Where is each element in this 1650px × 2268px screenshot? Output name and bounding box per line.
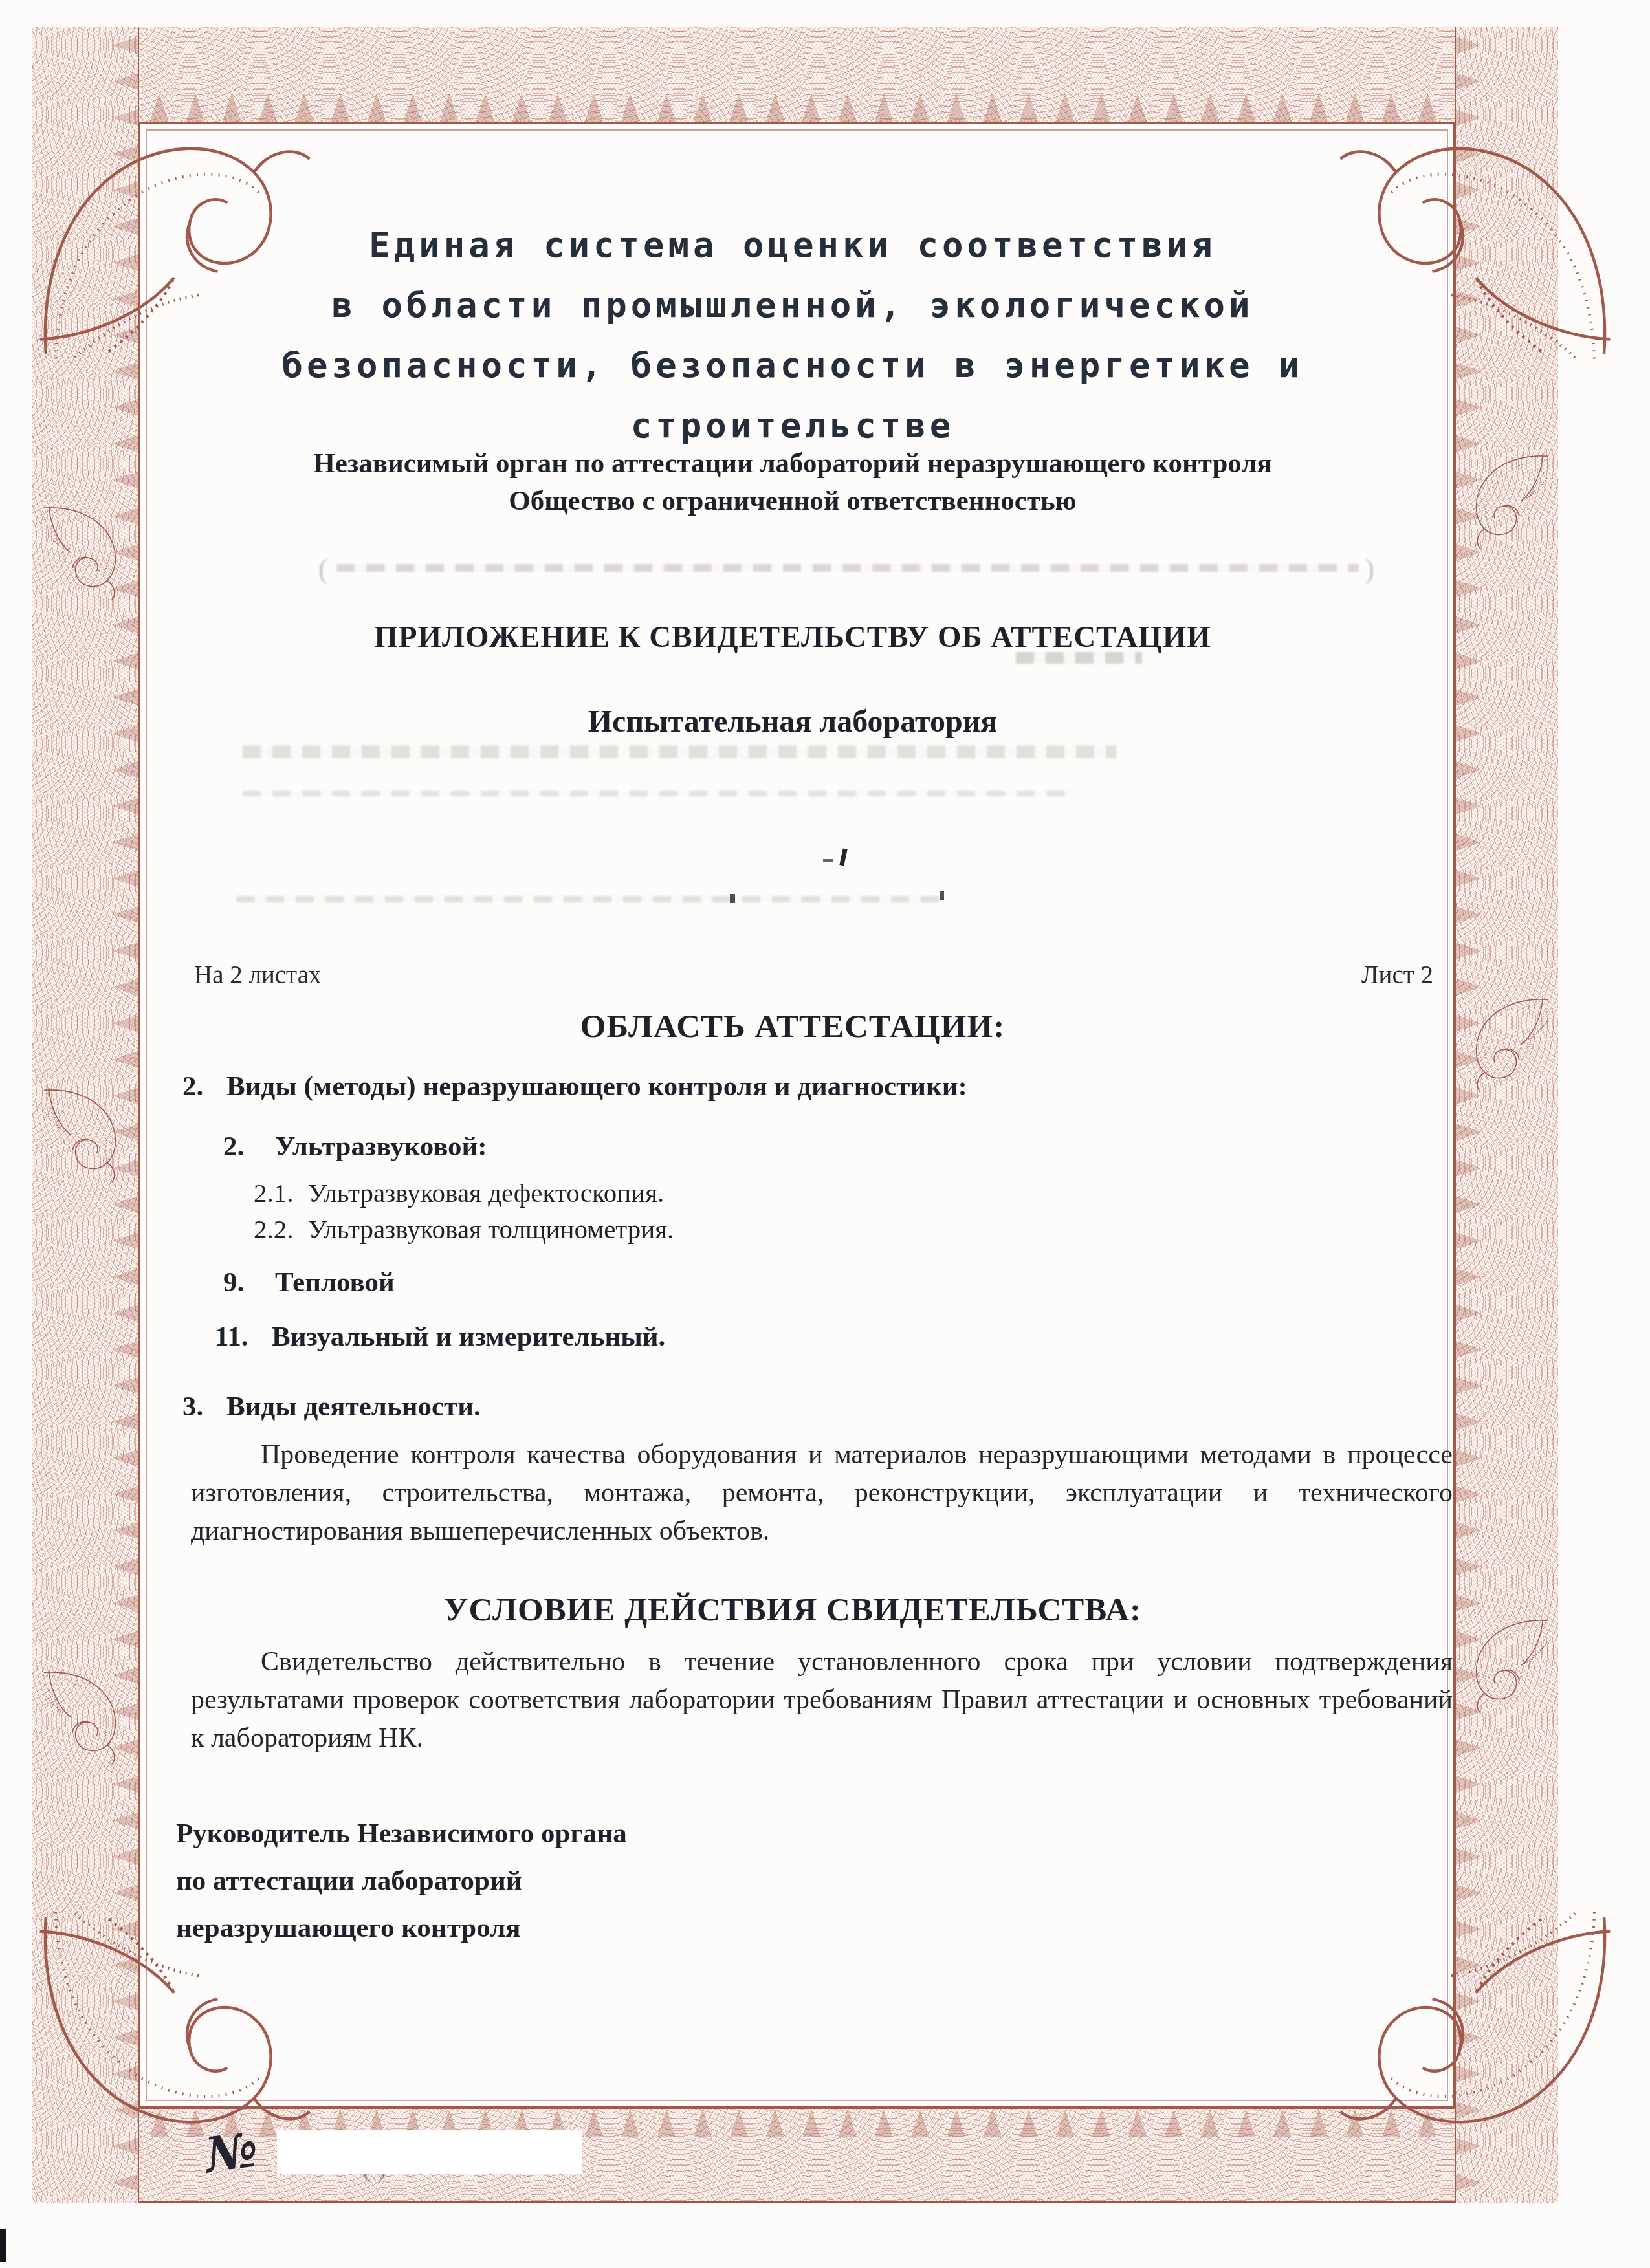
- item-label: Виды (методы) неразрушающего контроля и …: [226, 1071, 1451, 1102]
- item-number: 2.: [182, 1071, 226, 1102]
- redacted-text-remnant: [336, 564, 1359, 572]
- organization-line: Общество с ограниченной ответственностью: [162, 483, 1424, 520]
- laboratory-title: Испытательная лаборатория: [162, 704, 1424, 739]
- scan-artifact: [823, 859, 833, 862]
- fan-row-right: [1456, 27, 1482, 2203]
- system-title: Единая система оценки соответствия в обл…: [162, 215, 1424, 455]
- guilloche-band-left: [32, 27, 139, 2203]
- organization-block: Независимый орган по аттестации лаборато…: [162, 445, 1424, 520]
- list-item-ultrasonic: 2. Ультразвуковой:: [223, 1131, 1453, 1162]
- sheet-number: Лист 2: [1361, 961, 1433, 990]
- item-label: Тепловой: [275, 1267, 1453, 1298]
- scan-artifact: [730, 894, 735, 903]
- redaction-whiteout-box: [277, 2130, 582, 2174]
- condition-heading: УСЛОВИЕ ДЕЙСТВИЯ СВИДЕТЕЛЬСТВА:: [162, 1591, 1424, 1629]
- item-number: 9.: [223, 1267, 275, 1298]
- system-title-line: в области промышленной, экологической: [162, 275, 1424, 335]
- list-item-visual: 11. Визуальный и измерительный.: [215, 1321, 1444, 1353]
- scope-heading: ОБЛАСТЬ АТТЕСТАЦИИ:: [162, 1008, 1424, 1045]
- scan-artifact: [0, 2229, 6, 2262]
- signature-line: Руководитель Независимого органа: [176, 1810, 1082, 1857]
- item-number: 2.: [223, 1131, 275, 1162]
- system-title-line: безопасности, безопасности в энергетике …: [162, 335, 1424, 395]
- item-label: Ультразвуковая толщинометрия.: [308, 1214, 1451, 1245]
- system-title-line: Единая система оценки соответствия: [162, 215, 1424, 275]
- list-item-methods: 2. Виды (методы) неразрушающего контроля…: [182, 1071, 1451, 1102]
- organization-line: Независимый орган по аттестации лаборато…: [162, 445, 1424, 483]
- condition-paragraph: Свидетельство действительно в течение ус…: [191, 1643, 1453, 1758]
- item-label: Виды деятельности.: [226, 1391, 1451, 1423]
- list-item-thermal: 9. Тепловой: [223, 1267, 1453, 1298]
- list-item-ultrasonic-thickness: 2.2. Ультразвуковая толщинометрия.: [254, 1214, 1451, 1245]
- guilloche-band-top: [32, 27, 1558, 123]
- item-number: 2.1.: [254, 1177, 308, 1208]
- list-item-activities: 3. Виды деятельности.: [182, 1391, 1451, 1423]
- guilloche-band-bottom: [32, 2108, 1558, 2203]
- appendix-title: ПРИЛОЖЕНИЕ К СВИДЕТЕЛЬСТВУ ОБ АТТЕСТАЦИИ: [162, 620, 1424, 655]
- fan-row-bottom: [32, 2109, 1558, 2137]
- guilloche-band-right: [1455, 27, 1558, 2203]
- list-item-ultrasonic-defectoscopy: 2.1. Ультразвуковая дефектоскопия.: [254, 1177, 1451, 1208]
- sheet-info-row: На 2 листах Лист 2: [194, 961, 1433, 990]
- certificate-page: Единая система оценки соответствия в обл…: [0, 0, 1650, 2268]
- item-label: Ультразвуковая дефектоскопия.: [308, 1177, 1451, 1208]
- redacted-text-remnant: [236, 896, 945, 902]
- signature-block: Руководитель Независимого органа по атте…: [176, 1810, 1082, 1952]
- item-label: Ультразвуковой:: [275, 1131, 1453, 1162]
- signature-line: по аттестации лабораторий: [176, 1857, 1082, 1904]
- item-number: 2.2.: [254, 1214, 308, 1245]
- signature-line: неразрушающего контроля: [176, 1904, 1082, 1952]
- redacted-text-remnant: [243, 745, 1116, 758]
- sheet-count: На 2 листах: [194, 961, 321, 989]
- certificate-number-label: №: [203, 2122, 261, 2183]
- item-number: 3.: [182, 1391, 226, 1423]
- scan-artifact: [940, 891, 944, 900]
- redacted-text-remnant: [243, 791, 1071, 796]
- activities-paragraph: Проведение контроля качества оборудовани…: [191, 1436, 1453, 1551]
- fan-row-left: [112, 27, 138, 2203]
- item-label: Визуальный и измерительный.: [272, 1321, 1444, 1353]
- redacted-text-remnant: [1016, 652, 1142, 664]
- fan-row-top: [32, 93, 1558, 122]
- item-number: 11.: [215, 1321, 272, 1353]
